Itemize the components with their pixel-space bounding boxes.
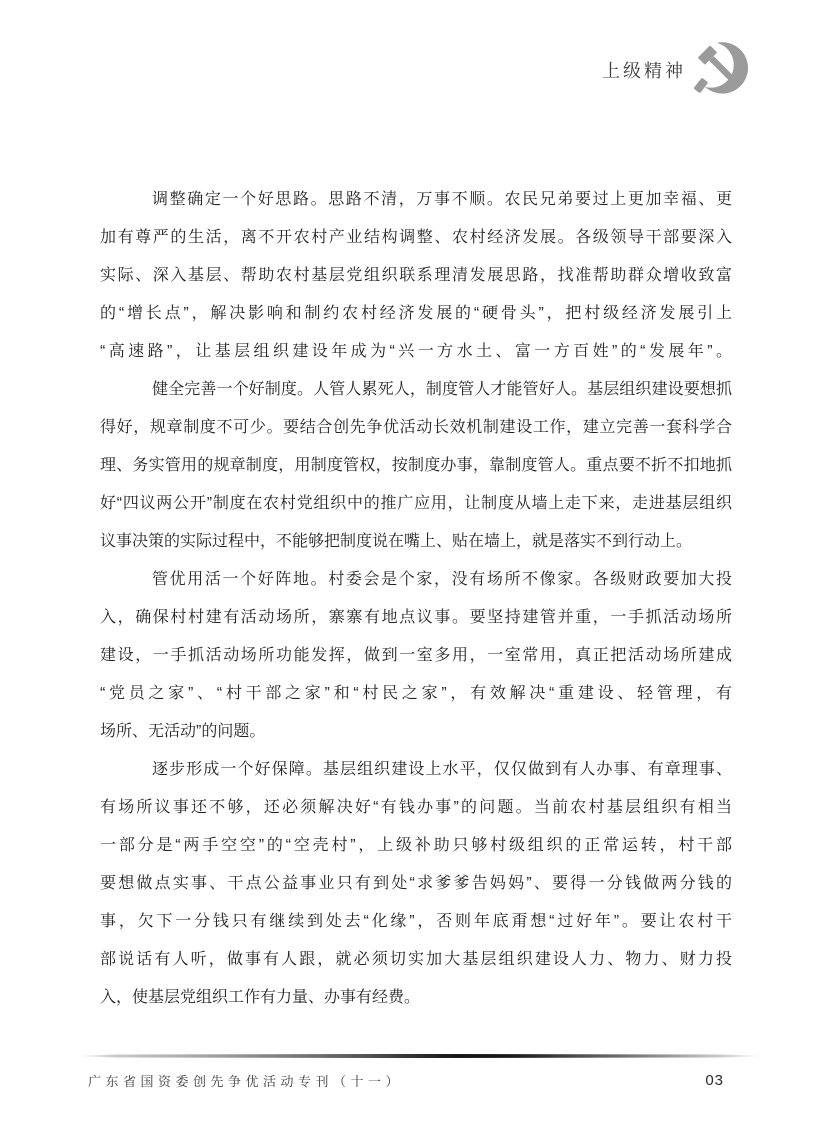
text-line: “党员之家”、“村干部之家”和“村民之家”，有效解决“重建设、轻管理，有 (100, 675, 732, 713)
text-line: 得好，规章制度不可少。要结合创先争优活动长效机制建设工作，建立完善一套科学合 (100, 409, 732, 447)
text-line: 理、务实管用的规章制度，用制度管权，按制度办事，靠制度管人。重点要不折不扣地抓 (100, 447, 732, 485)
text-line: 入，使基层党组织工作有力量、办事有经费。 (100, 979, 732, 1017)
text-line: 建设，一手抓活动场所功能发挥，做到一室多用，一室常用，真正把活动场所建成 (100, 637, 732, 675)
footer-rule (73, 1054, 765, 1058)
document-page: 上级精神 调整确定一个好思路。思路不清，万事不顺。农民兄弟要过上更加幸福、更 加… (0, 0, 827, 1130)
text-line: 有场所议事还不够，还必须解决好“有钱办事”的问题。当前农村基层组织有相当 (100, 789, 732, 827)
paragraph: 健全完善一个好制度。人管人累死人，制度管人才能管好人。基层组织建设要想抓 得好，… (100, 371, 732, 561)
text-line: 管优用活一个好阵地。村委会是个家，没有场所不像家。各级财政要加大投 (100, 561, 732, 599)
page-number: 03 (705, 1072, 724, 1089)
paragraph: 逐步形成一个好保障。基层组织建设上水平，仅仅做到有人办事、有章理事、 有场所议事… (100, 751, 732, 1017)
text-line: 实际、深入基层、帮助农村基层党组织联系理清发展思路，找准帮助群众增收致富 (100, 257, 732, 295)
party-emblem-icon (693, 41, 750, 96)
text-line: 入，确保村村建有活动场所，寨寨有地点议事。要坚持建管并重，一手抓活动场所 (100, 599, 732, 637)
text-line: 调整确定一个好思路。思路不清，万事不顺。农民兄弟要过上更加幸福、更 (100, 181, 732, 219)
text-line: 场所、无活动”的问题。 (100, 713, 732, 751)
text-line: 一部分是“两手空空”的“空壳村”，上级补助只够村级组织的正常运转，村干部 (100, 827, 732, 865)
text-line: 议事决策的实际过程中，不能够把制度说在嘴上、贴在墙上，就是落实不到行动上。 (100, 523, 732, 561)
text-line: 加有尊严的生活，离不开农村产业结构调整、农村经济发展。各级领导干部要深入 (100, 219, 732, 257)
text-line: “高速路”，让基层组织建设年成为“兴一方水土、富一方百姓”的“发展年”。 (100, 333, 732, 371)
header-section-label: 上级精神 (602, 57, 686, 83)
text-line: 好“四议两公开”制度在农村党组织中的推广应用，让制度从墙上走下来，走进基层组织 (100, 485, 732, 523)
text-line: 部说话有人听，做事有人跟，就必须切实加大基层组织建设人力、物力、财力投 (100, 941, 732, 979)
text-line: 健全完善一个好制度。人管人累死人，制度管人才能管好人。基层组织建设要想抓 (100, 371, 732, 409)
text-line: 要想做点实事、干点公益事业只有到处“求爹爹告妈妈”、要得一分钱做两分钱的 (100, 865, 732, 903)
body-text: 调整确定一个好思路。思路不清，万事不顺。农民兄弟要过上更加幸福、更 加有尊严的生… (100, 181, 732, 1017)
text-line: 事，欠下一分钱只有继续到处去“化缘”，否则年底甭想“过好年”。要让农村干 (100, 903, 732, 941)
paragraph: 管优用活一个好阵地。村委会是个家，没有场所不像家。各级财政要加大投 入，确保村村… (100, 561, 732, 751)
footer-publication-title: 广东省国资委创先争优活动专刊（十一） (88, 1071, 403, 1090)
footer: 广东省国资委创先争优活动专刊（十一） 03 (88, 1071, 724, 1090)
text-line: 的“增长点”，解决影响和制约农村经济发展的“硬骨头”，把村级经济发展引上 (100, 295, 732, 333)
paragraph: 调整确定一个好思路。思路不清，万事不顺。农民兄弟要过上更加幸福、更 加有尊严的生… (100, 181, 732, 371)
text-line: 逐步形成一个好保障。基层组织建设上水平，仅仅做到有人办事、有章理事、 (100, 751, 732, 789)
